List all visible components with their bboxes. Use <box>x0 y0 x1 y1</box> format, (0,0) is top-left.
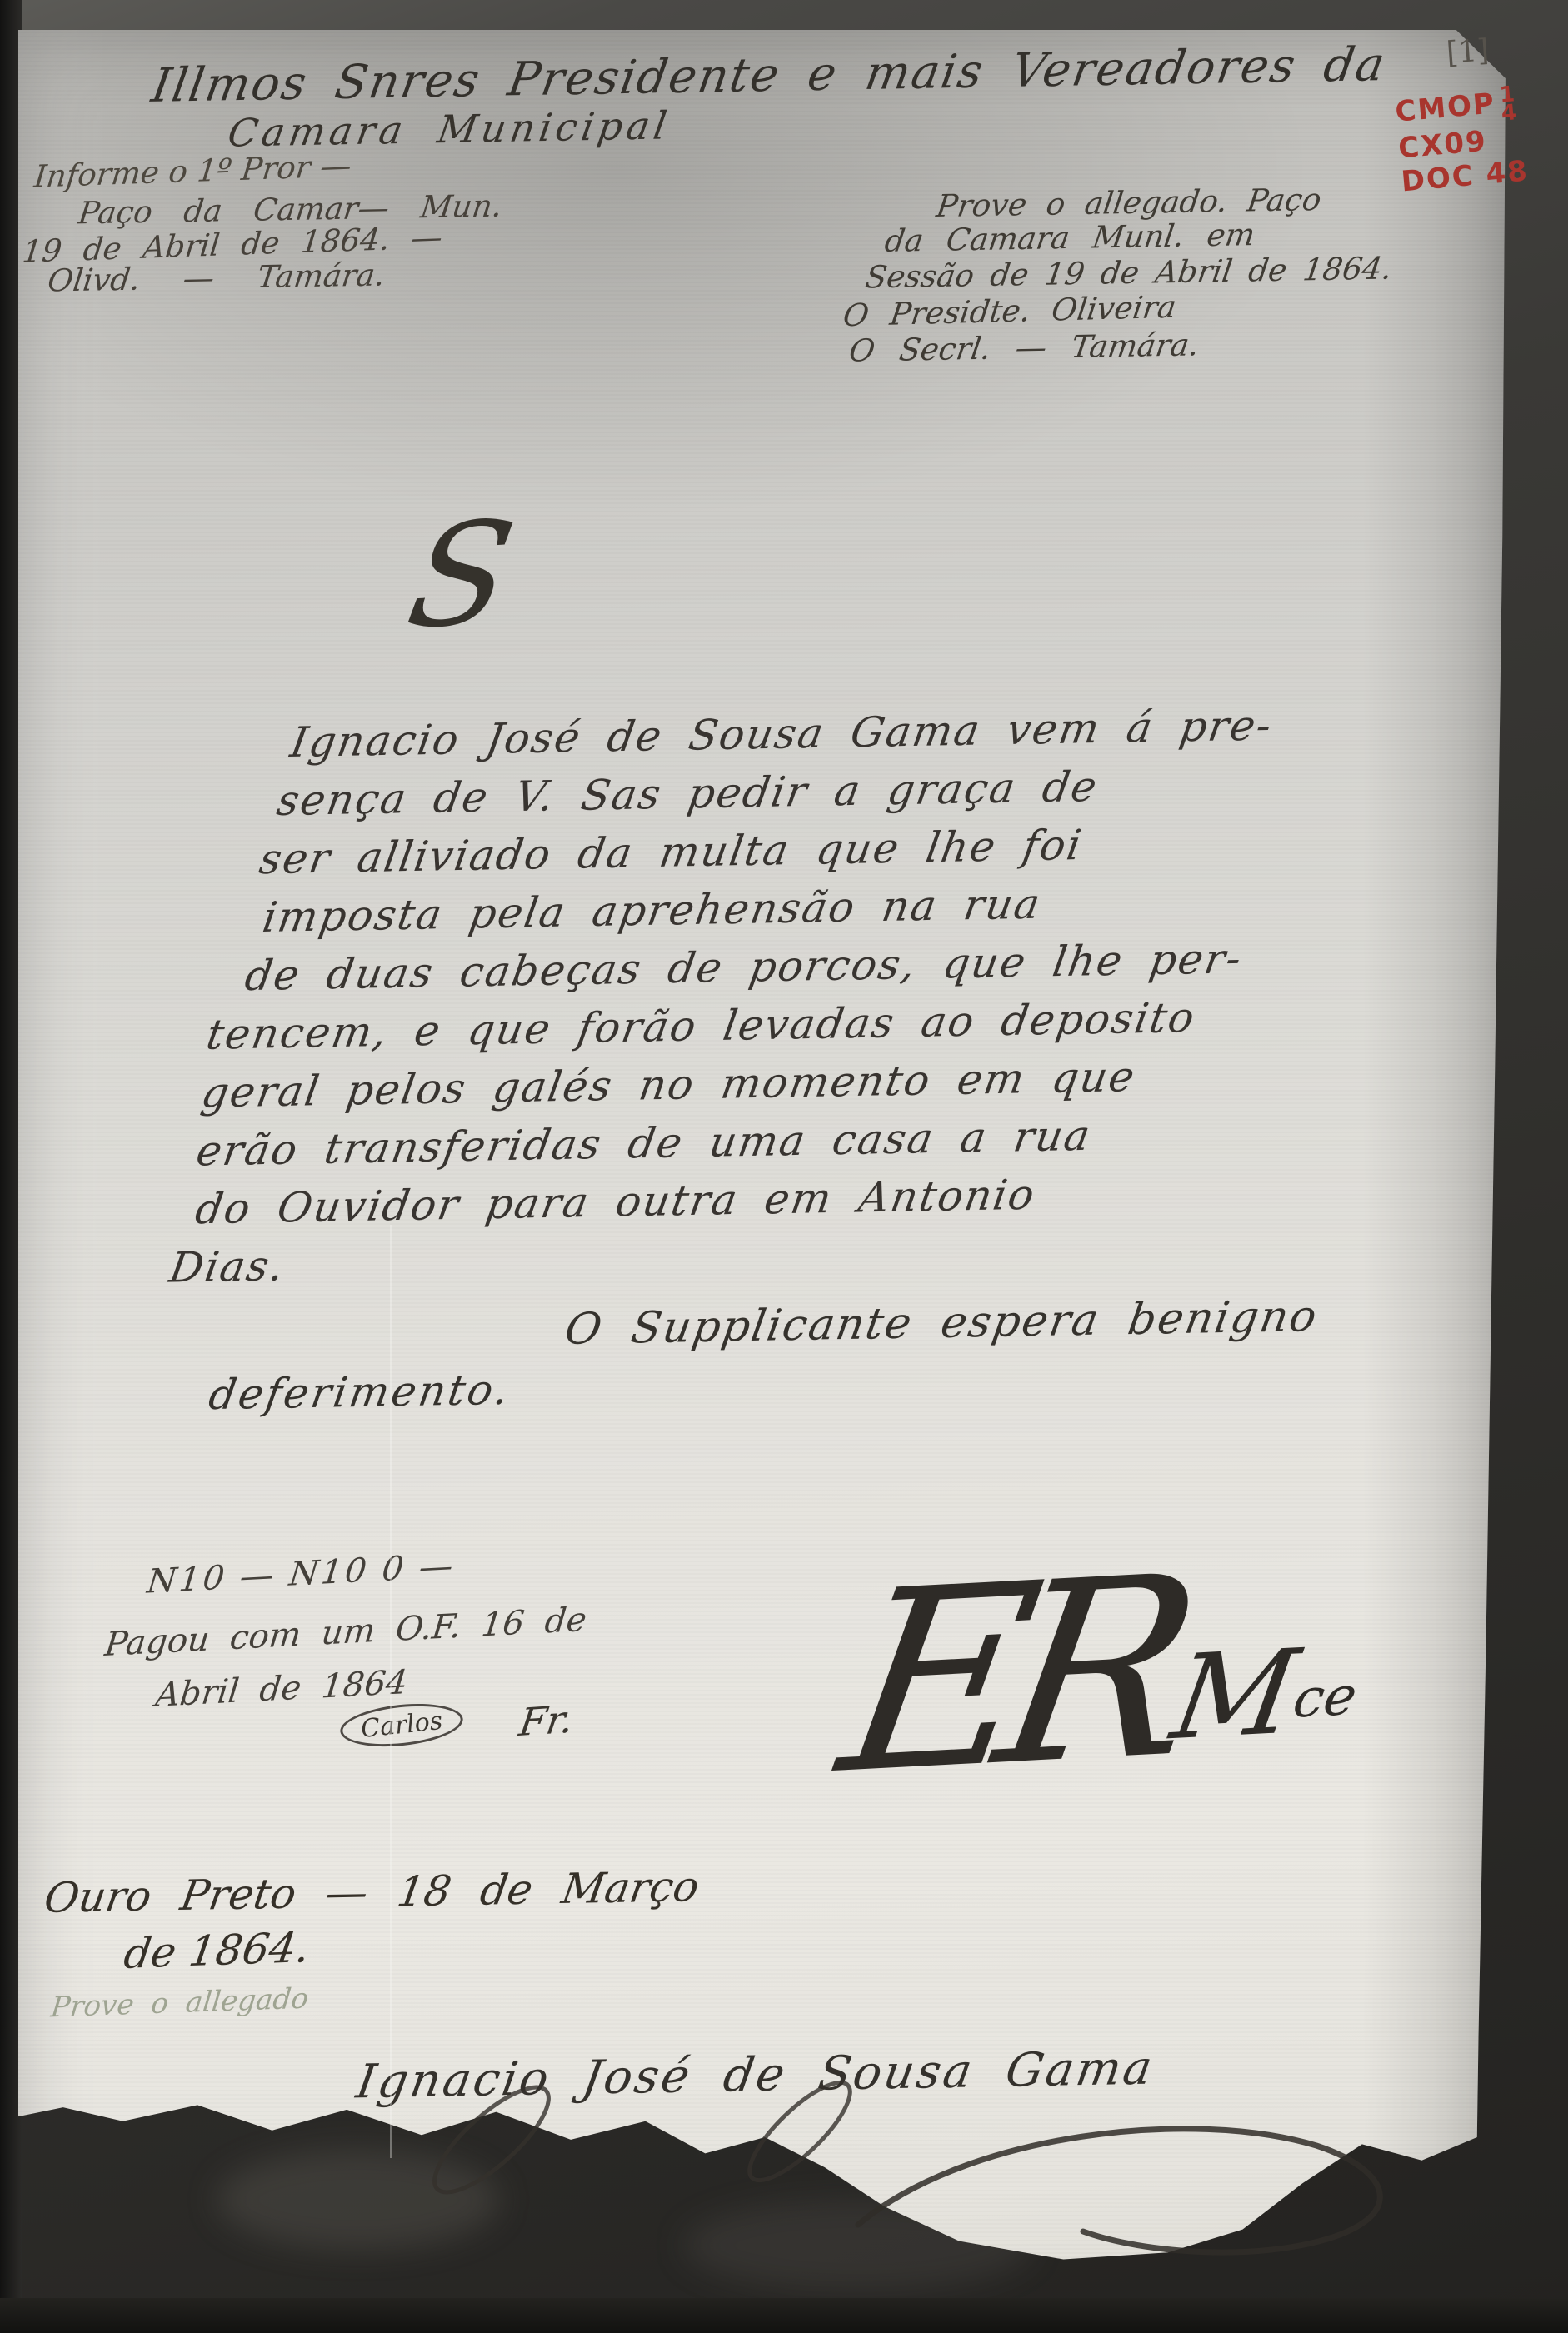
heading-line-2: Camara Municipal <box>225 102 674 155</box>
place-date-line-2: de 1864. <box>121 1923 312 1978</box>
erm-letter-m: Mce <box>1164 1631 1366 1764</box>
erm-superscript: ce <box>1289 1666 1361 1731</box>
scan-dark-edge-bottom <box>0 2298 1568 2333</box>
despacho-line-5: O Secrl. — Tamára. <box>846 327 1201 368</box>
erm-calligraphic-flourish: E R Mce <box>829 1533 1382 1810</box>
paper-crease-line <box>390 1225 392 2158</box>
archive-reference-stamp: CMOP1 4 CX09 DOC 48 <box>1394 85 1530 199</box>
archive-fraction-bottom: 4 <box>1501 100 1520 127</box>
despacho-line-1: Prove o allegado. Paço <box>934 182 1323 224</box>
closing-line-2: deferimento. <box>206 1366 514 1419</box>
scanned-document-page: [1] CMOP1 4 CX09 DOC 48 Illmos Snres Pre… <box>0 0 1568 2333</box>
petition-body: Ignacio José de Sousa Gama vem á pre- se… <box>165 701 1283 1301</box>
margin-note-line-4: Olivd. — Tamára. <box>46 257 387 298</box>
signature-swirl-flourish <box>833 2100 1433 2275</box>
despacho-line-2: da Camara Munl. em <box>882 217 1257 259</box>
page-number: [1] <box>1446 33 1491 70</box>
fee-rubric-signature: Fr. <box>517 1696 577 1745</box>
